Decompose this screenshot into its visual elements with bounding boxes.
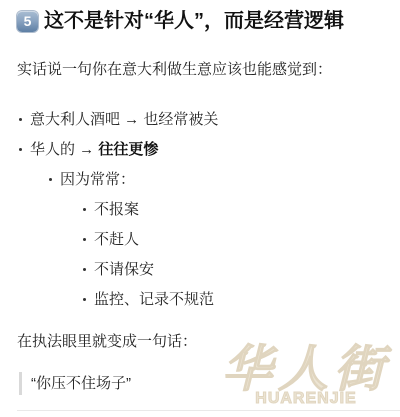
list-item-text: 华人的 → — [30, 141, 98, 158]
list-item: 因为常常： 不报案 不赶人 不请保安 监控、记录不规范 — [47, 169, 385, 310]
closing-paragraph: 在执法眼里就变成一句话： — [17, 331, 385, 352]
list-item: 华人的 → 往往更惨 因为常常： 不报案 不赶人 不请保安 — [17, 139, 385, 310]
blockquote: “你压不住场子” — [19, 372, 385, 395]
intro-paragraph: 实话说一句你在意大利做生意应该也能感觉到： — [17, 59, 385, 80]
article: 5 这不是针对“华人”，而是经营逻辑 实话说一句你在意大利做生意应该也能感觉到：… — [0, 0, 400, 417]
bottom-divider — [17, 410, 400, 411]
list-item-bold-text: 往往更惨 — [98, 141, 158, 158]
section-heading: 5 这不是针对“华人”，而是经营逻辑 — [17, 9, 385, 33]
list-item-text: 不请保安 — [94, 261, 154, 278]
sub-bullet-list: 因为常常： 不报案 不赶人 不请保安 监控、记录不规范 — [47, 169, 385, 310]
list-item-text: 意大利人酒吧 → 也经常被关 — [30, 111, 218, 128]
list-item: 监控、记录不规范 — [81, 289, 385, 310]
list-item: 不赶人 — [81, 229, 385, 250]
section-title: 这不是针对“华人”，而是经营逻辑 — [44, 9, 344, 33]
quote-text: “你压不住场子” — [31, 375, 131, 392]
list-item-text: 不报案 — [94, 201, 139, 218]
bullet-list: 意大利人酒吧 → 也经常被关 华人的 → 往往更惨 因为常常： 不报案 不赶人 — [17, 109, 385, 310]
list-item-text: 不赶人 — [94, 231, 139, 248]
list-item: 意大利人酒吧 → 也经常被关 — [17, 109, 385, 130]
keycap-5-emoji: 5 — [17, 11, 38, 32]
list-item: 不报案 — [81, 199, 385, 220]
list-item: 不请保安 — [81, 259, 385, 280]
list-item-text: 监控、记录不规范 — [94, 291, 214, 308]
list-item-text: 因为常常： — [60, 171, 135, 188]
sub-sub-bullet-list: 不报案 不赶人 不请保安 监控、记录不规范 — [81, 199, 385, 310]
